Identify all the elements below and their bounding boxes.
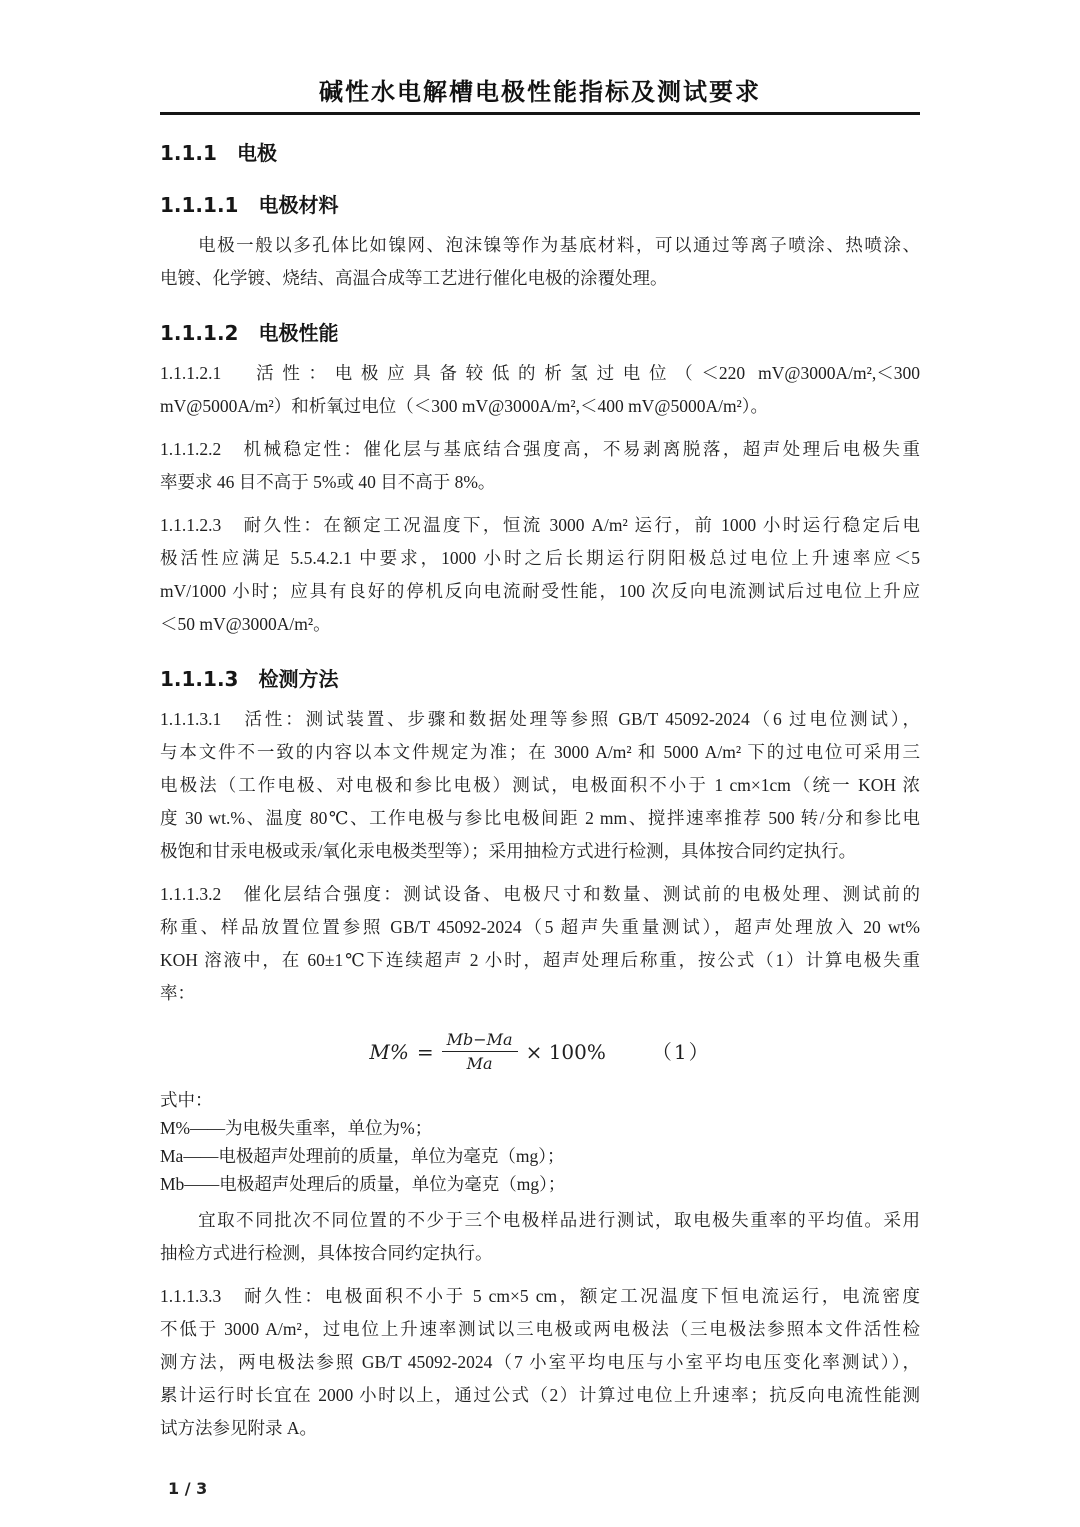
weight-loss-formula: M%=Mb−MaMa× 100%（1） bbox=[160, 1026, 920, 1078]
text-line: M%——为电极失重率，单位为%； bbox=[160, 1114, 920, 1142]
text-line: 宜取不同批次不同位置的不少于三个电极样品进行测试，取电极失重率的平均值。采用 bbox=[160, 1204, 920, 1237]
page-number: 1 / 3 bbox=[168, 1479, 920, 1498]
section-heading: 1.1.1.3 检测方法 bbox=[160, 665, 920, 693]
formula-fraction: Mb−MaMa bbox=[442, 1030, 518, 1073]
text-line: 度 30 wt.%、温度 80℃、工作电极与参比电极间距 2 mm、搅拌速率推荐… bbox=[160, 802, 920, 835]
document-body: 1.1.1 电极1.1.1.1 电极材料 电极一般以多孔体比如镍网、泡沫镍等作为… bbox=[160, 139, 920, 1445]
document-title: 碱性水电解槽电极性能指标及测试要求 bbox=[160, 78, 920, 115]
paragraph: 1.1.1.2.2 机械稳定性：催化层与基底结合强度高，不易剥离脱落，超声处理后… bbox=[160, 433, 920, 499]
definition-list: 式中：M%——为电极失重率，单位为%；Ma——电极超声处理前的质量，单位为毫克（… bbox=[160, 1086, 920, 1198]
section-heading: 1.1.1.1 电极材料 bbox=[160, 191, 920, 219]
text-line: 1.1.1.2.1 活性：电极应具备较低的析氢过电位（＜220 mV@3000A… bbox=[160, 357, 920, 390]
paragraph: 1.1.1.3.2 催化层结合强度：测试设备、电极尺寸和数量、测试前的电极处理、… bbox=[160, 878, 920, 1010]
text-line: 1.1.1.3.1 活性：测试装置、步骤和数据处理等参照 GB/T 45092-… bbox=[160, 703, 920, 736]
paragraph: 宜取不同批次不同位置的不少于三个电极样品进行测试，取电极失重率的平均值。采用抽检… bbox=[160, 1204, 920, 1270]
text-line: 1.1.1.3.3 耐久性：电极面积不小于 5 cm×5 cm，额定工况温度下恒… bbox=[160, 1280, 920, 1313]
text-line: 率： bbox=[160, 977, 920, 1010]
text-line: 1.1.1.3.2 催化层结合强度：测试设备、电极尺寸和数量、测试前的电极处理、… bbox=[160, 878, 920, 911]
text-line: 电极一般以多孔体比如镍网、泡沫镍等作为基底材料，可以通过等离子喷涂、热喷涂、 bbox=[160, 229, 920, 262]
paragraph: 1.1.1.2.1 活性：电极应具备较低的析氢过电位（＜220 mV@3000A… bbox=[160, 357, 920, 423]
formula-multiplier: × 100% bbox=[526, 1040, 606, 1064]
text-line: mV@5000A/m²）和析氧过电位（＜300 mV@3000A/m²,＜400… bbox=[160, 390, 920, 423]
text-line: ＜50 mV@3000A/m²。 bbox=[160, 608, 920, 641]
text-line: KOH 溶液中，在 60±1℃下连续超声 2 小时，超声处理后称重，按公式（1）… bbox=[160, 944, 920, 977]
section-heading: 1.1.1.2 电极性能 bbox=[160, 319, 920, 347]
text-line: 极饱和甘汞电极或汞/氧化汞电极类型等）；采用抽检方式进行检测，具体按合同约定执行… bbox=[160, 835, 920, 868]
text-line: mV/1000 小时；应具有良好的停机反向电流耐受性能，100 次反向电流测试后… bbox=[160, 575, 920, 608]
paragraph: 1.1.1.2.3 耐久性：在额定工况温度下，恒流 3000 A/m² 运行，前… bbox=[160, 509, 920, 641]
formula-equals: = bbox=[417, 1040, 434, 1064]
section-heading: 1.1.1 电极 bbox=[160, 139, 920, 167]
text-line: 试方法参见附录 A。 bbox=[160, 1412, 920, 1445]
text-line: 1.1.1.2.2 机械稳定性：催化层与基底结合强度高，不易剥离脱落，超声处理后… bbox=[160, 433, 920, 466]
paragraph: 电极一般以多孔体比如镍网、泡沫镍等作为基底材料，可以通过等离子喷涂、热喷涂、电镀… bbox=[160, 229, 920, 295]
text-line: 测方法，两电极法参照 GB/T 45092-2024（7 小室平均电压与小室平均… bbox=[160, 1346, 920, 1379]
text-line: 式中： bbox=[160, 1086, 920, 1114]
paragraph: 1.1.1.3.1 活性：测试装置、步骤和数据处理等参照 GB/T 45092-… bbox=[160, 703, 920, 868]
text-line: 不低于 3000 A/m²，过电位上升速率测试以三电极或两电极法（三电极法参照本… bbox=[160, 1313, 920, 1346]
formula-numerator: Mb−Ma bbox=[442, 1030, 518, 1052]
text-line: 1.1.1.2.3 耐久性：在额定工况温度下，恒流 3000 A/m² 运行，前… bbox=[160, 509, 920, 542]
text-line: 称重、样品放置位置参照 GB/T 45092-2024（5 超声失重量测试），超… bbox=[160, 911, 920, 944]
formula-lhs: M% bbox=[369, 1040, 408, 1064]
text-line: 与本文件不一致的内容以本文件规定为准；在 3000 A/m² 和 5000 A/… bbox=[160, 736, 920, 769]
formula-denominator: Ma bbox=[442, 1052, 518, 1073]
paragraph: 1.1.1.3.3 耐久性：电极面积不小于 5 cm×5 cm，额定工况温度下恒… bbox=[160, 1280, 920, 1445]
text-line: Mb——电极超声处理后的质量，单位为毫克（mg）； bbox=[160, 1170, 920, 1198]
text-line: 累计运行时长宜在 2000 小时以上，通过公式（2）计算过电位上升速率；抗反向电… bbox=[160, 1379, 920, 1412]
text-line: 极活性应满足 5.5.4.2.1 中要求，1000 小时之后长期运行阴阳极总过电… bbox=[160, 542, 920, 575]
text-line: 率要求 46 目不高于 5%或 40 目不高于 8%。 bbox=[160, 466, 920, 499]
text-line: 抽检方式进行检测，具体按合同约定执行。 bbox=[160, 1237, 920, 1270]
text-line: Ma——电极超声处理前的质量，单位为毫克（mg）； bbox=[160, 1142, 920, 1170]
document-page: 碱性水电解槽电极性能指标及测试要求 1.1.1 电极1.1.1.1 电极材料 电… bbox=[0, 0, 1080, 1527]
text-line: 电镀、化学镀、烧结、高温合成等工艺进行催化电极的涂覆处理。 bbox=[160, 262, 920, 295]
text-line: 电极法（工作电极、对电极和参比电极）测试，电极面积不小于 1 cm×1cm（统一… bbox=[160, 769, 920, 802]
formula-equation-number: （1） bbox=[652, 1040, 711, 1064]
